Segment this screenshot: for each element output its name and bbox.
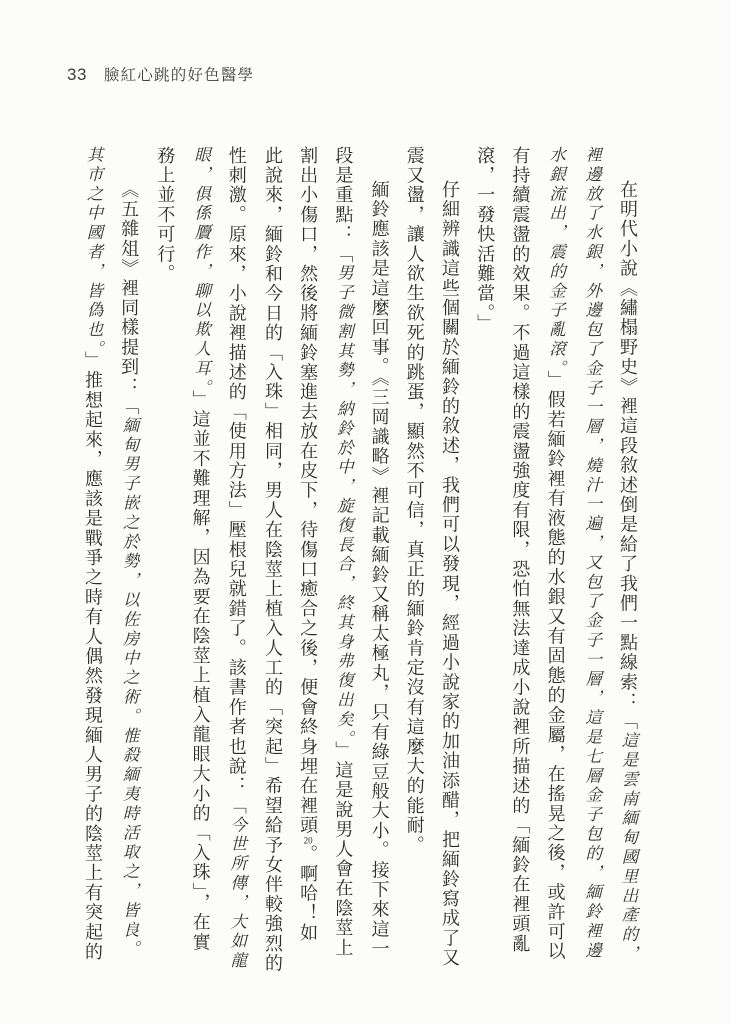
book-page: 33 臉紅心跳的好色醫學 在明代小說《繡榻野史》裡這段敘述倒是給了我們一點線索：… (0, 0, 731, 1024)
text-column-14: 務上並不可行。 (147, 146, 182, 978)
body-text-segment: 」這是說男人會在陰莖上 (333, 741, 353, 958)
body-text-segment: 」假若緬鈴裡有液態的水銀又有固態的金屬，在搖晃之後，或許可以 (546, 371, 566, 962)
body-text-segment: 。啊哈！如 (298, 845, 318, 944)
body-text-segment: 有持續震盪的效果。不過這樣的震盪強度有限，恐怕無法達成小說裡所描述的「緬鈴在裡頭… (510, 146, 530, 954)
quote-text-segment: 水銀流出，震的金子亂滾。 (547, 146, 566, 371)
quote-text-segment: 緬甸男子嵌之於勢，以佐房中之術。惟殺緬夷時活取之，皆良。 (120, 416, 139, 959)
body-text-segment: 」推想起來，應該是戰爭之時有人偶然發現緬人男子的陰莖上有突起的 (83, 351, 103, 962)
quote-text-segment: 今世所傳，大如龍 (228, 816, 247, 971)
body-text-block: 在明代小說《繡榻野史》裡這段敘述倒是給了我們一點線索：「這是雲南緬甸國里出產的，… (75, 146, 646, 978)
text-column-16: 其市之中國者，皆偽也。」推想起來，應該是戰爭之時有人偶然發現緬人男子的陰莖上有突… (75, 146, 111, 978)
quote-text-segment: 這是雲南緬甸國里出產的， (619, 732, 638, 965)
page-number: 33 (67, 65, 87, 85)
body-text-segment: 滾，一發快活難當。」 (475, 146, 495, 334)
body-text-segment: 」這並不難理解，因為要在陰莖上植入龍眼大小的「入珠」，在實 (191, 390, 211, 952)
quote-text-segment: 眼，俱係贗作，聊以欺人耳。 (192, 146, 211, 390)
text-column-6: 仔細辨識這些個關於緬鈴的敘述，我們可以發現，經過小說家的加油添醋，把緬鈴寫成了又 (432, 146, 467, 978)
footnote-marker: 20 (303, 836, 313, 845)
body-text-segment: 《五雜俎》裡同樣提到：「 (119, 180, 139, 416)
text-column-13: 眼，俱係贗作，聊以欺人耳。」這並不難理解，因為要在陰莖上植入龍眼大小的「入珠」，… (182, 146, 218, 978)
quote-text-segment: 其市之中國者，皆偽也。 (84, 146, 103, 351)
text-column-9: 段是重點：「男子微割其勢，納鈴於中，旋復長合，終其身弗復出矣。」這是說男人會在陰… (325, 146, 361, 978)
text-column-12: 性刺激。原來，小說裡描述的「使用方法」壓根兒就錯了。該書作者也說：「今世所傳，大… (219, 146, 255, 978)
text-column-4: 有持續震盪的效果。不過這樣的震盪強度有限，恐怕無法達成小說裡所描述的「緬鈴在裡頭… (502, 146, 537, 978)
body-text-segment: 緬鈴應該是這麼回事。《三岡識略》裡記載緬鈴又稱太極丸，只有綠豆般大小。接下來這一 (370, 180, 390, 959)
body-text-segment: 仔細辨識這些個關於緬鈴的敘述，我們可以發現，經過小說家的加油添醋，把緬鈴寫成了又 (440, 180, 460, 968)
quote-text-segment: 男子微割其勢，納鈴於中，旋復長合，終其身弗復出矣。 (334, 264, 353, 741)
text-column-11: 此說來，緬鈴和今日的「入珠」相同，男人在陰莖上植入人工的「突起」希望給予女伴較強… (255, 146, 290, 978)
text-column-10: 割出小傷口，然後將緬鈴塞進去放在皮下，待傷口癒合之後，便會終身埋在裡頭20。啊哈… (290, 146, 325, 978)
text-column-15: 《五雜俎》裡同樣提到：「緬甸男子嵌之於勢，以佐房中之術。惟殺緬夷時活取之，皆良。 (111, 146, 147, 978)
body-text-segment: 在明代小說《繡榻野史》裡這段敘述倒是給了我們一點線索：「 (618, 180, 638, 732)
body-text-segment: 務上並不可行。 (155, 146, 175, 284)
body-text-segment: 段是重點：「 (333, 146, 353, 264)
text-column-8: 緬鈴應該是這麼回事。《三岡識略》裡記載緬鈴又稱太極丸，只有綠豆般大小。接下來這一 (361, 146, 396, 978)
text-column-1: 在明代小說《繡榻野史》裡這段敘述倒是給了我們一點線索：「這是雲南緬甸國里出產的， (610, 146, 646, 978)
quote-text-segment: 裡邊放了水銀，外邊包了金子一層，燒汁一遍，又包了金子一層，這是七層金子包的，緬鈴… (583, 146, 602, 961)
text-column-3: 水銀流出，震的金子亂滾。」假若緬鈴裡有液態的水銀又有固態的金屬，在搖晃之後，或許… (537, 146, 573, 978)
body-text-segment: 震又盪，讓人欲生欲死的跳蛋，顯然不可信，真正的緬鈴肯定沒有這麼大的能耐。 (405, 146, 425, 855)
body-text-segment: 割出小傷口，然後將緬鈴塞進去放在皮下，待傷口癒合之後，便會終身埋在裡頭 (298, 146, 318, 836)
body-text-segment: 性刺激。原來，小說裡描述的「使用方法」壓根兒就錯了。該書作者也說：「 (227, 146, 247, 816)
text-column-7: 震又盪，讓人欲生欲死的跳蛋，顯然不可信，真正的緬鈴肯定沒有這麼大的能耐。 (397, 146, 432, 978)
page-header: 33 臉紅心跳的好色醫學 (67, 63, 254, 85)
text-column-2: 裡邊放了水銀，外邊包了金子一層，燒汁一遍，又包了金子一層，這是七層金子包的，緬鈴… (574, 146, 610, 978)
text-column-5: 滾，一發快活難當。」 (467, 146, 502, 978)
running-title: 臉紅心跳的好色醫學 (104, 63, 254, 85)
body-text-segment: 此說來，緬鈴和今日的「入珠」相同，男人在陰莖上植入人工的「突起」希望給予女伴較強… (263, 146, 283, 973)
